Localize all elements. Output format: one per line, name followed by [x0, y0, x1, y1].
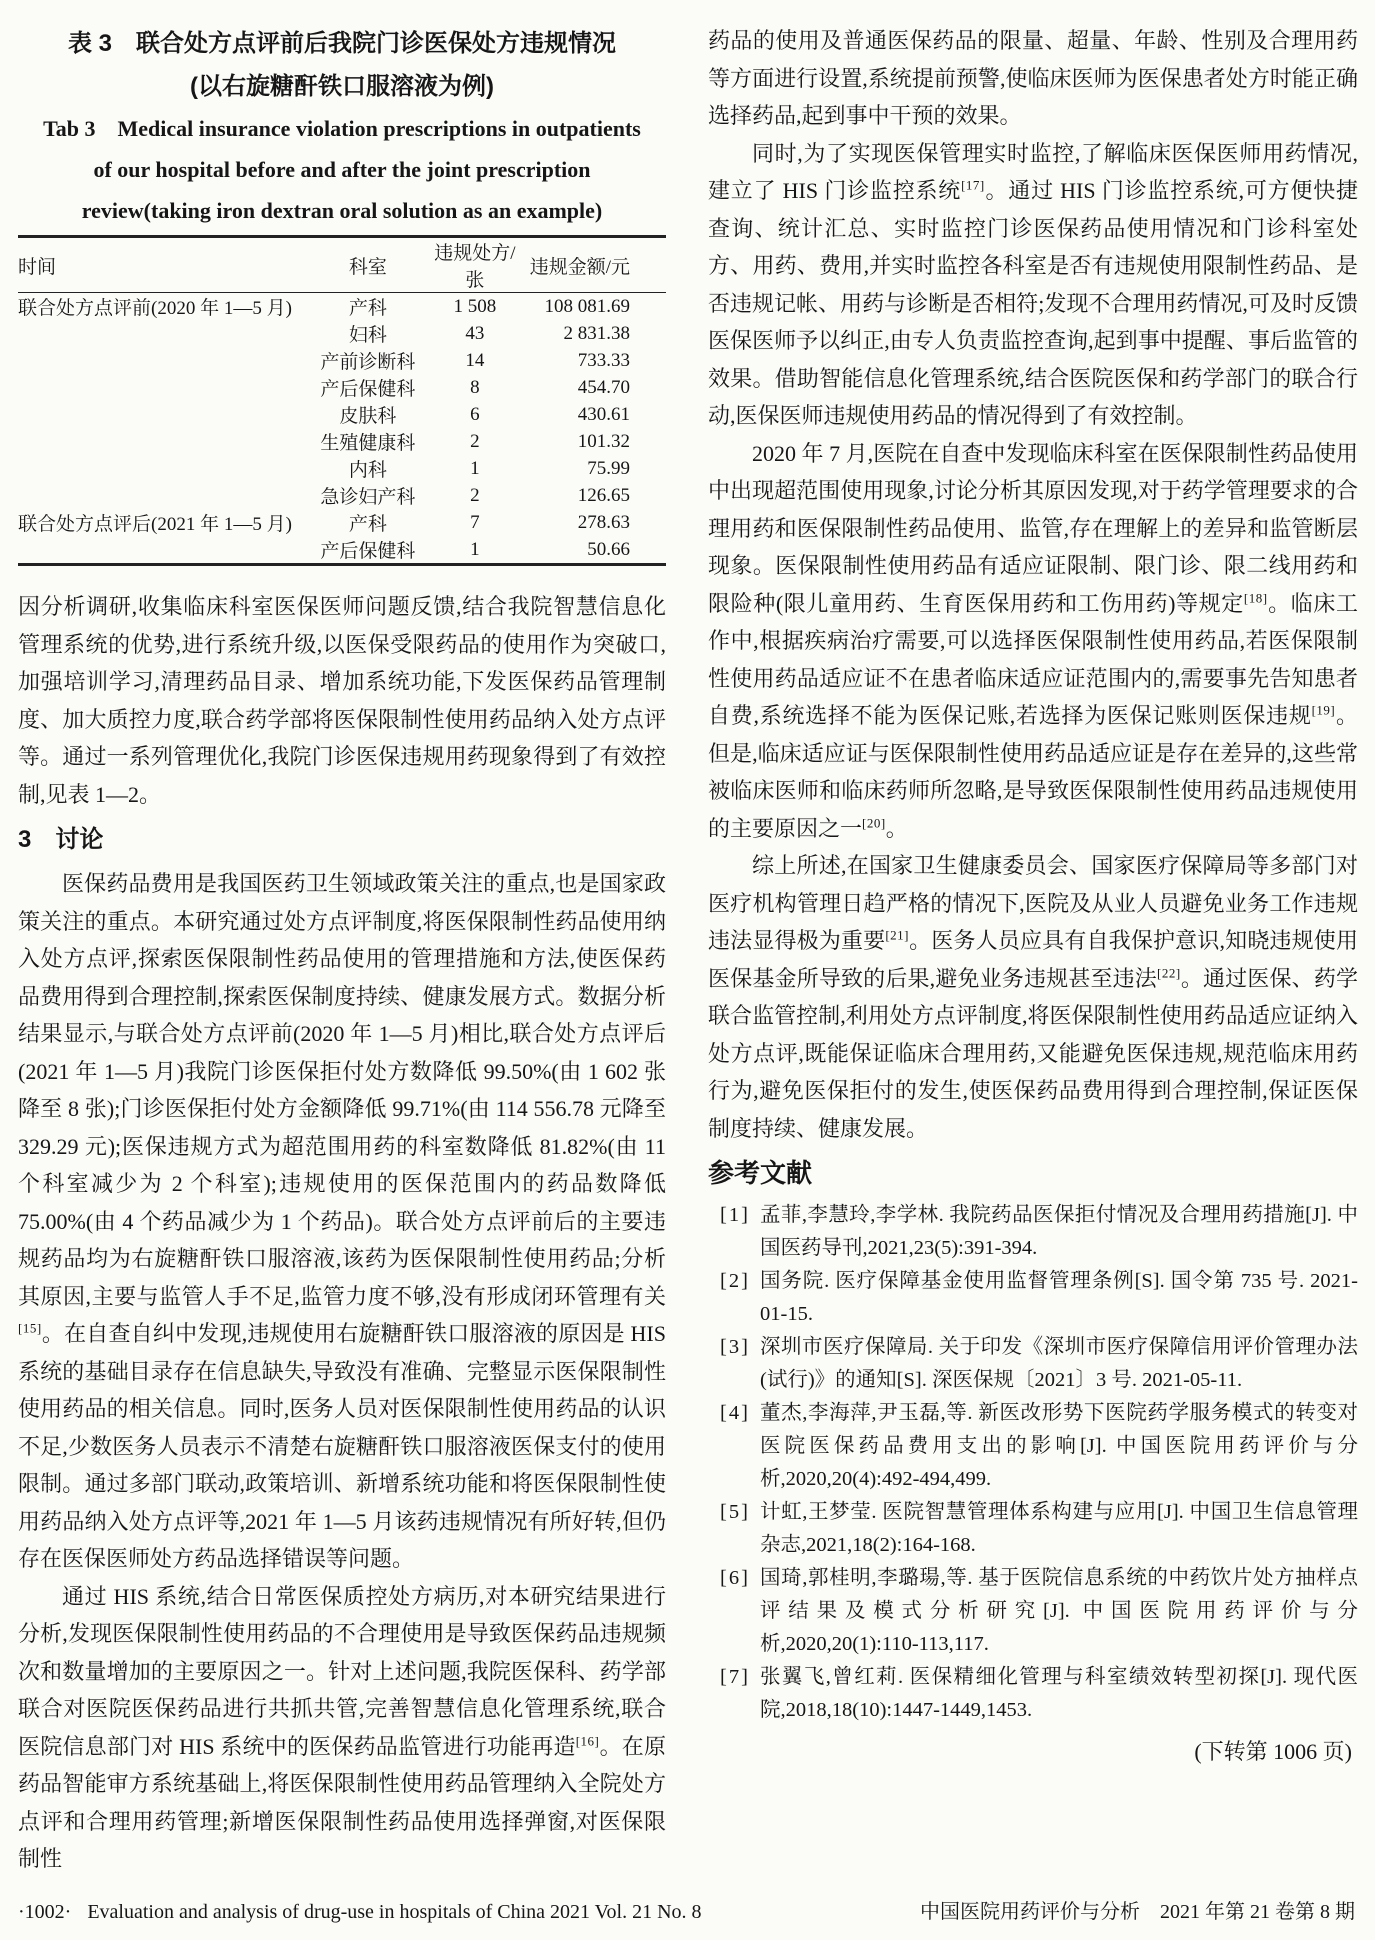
citation-marker: [19]: [1312, 703, 1336, 718]
table-header-row: 时间 科室 违规处方/张 违规金额/元: [18, 237, 666, 293]
reference-number: [3]: [708, 1331, 760, 1397]
table-cell: 278.63: [523, 509, 666, 536]
footer-left: ·1002· Evaluation and analysis of drug-u…: [18, 1900, 702, 1924]
table-cell: 产科: [310, 509, 427, 536]
reference-text: 国务院. 医疗保障基金使用监督管理条例[S]. 国令第 735 号. 2021-…: [760, 1265, 1358, 1331]
page-footer: ·1002· Evaluation and analysis of drug-u…: [18, 1900, 1355, 1924]
table-cell: 产后保健科: [310, 374, 427, 401]
table-cell: 联合处方点评前(2020 年 1—5 月): [18, 293, 310, 321]
references-heading: 参考文献: [708, 1153, 1358, 1193]
page-number: ·1002·: [18, 1900, 71, 1924]
table-cell: 430.61: [523, 401, 666, 428]
reference-text: 国琦,郭桂明,李璐瑒,等. 基于医院信息系统的中药饮片处方抽样点评结果及模式分析…: [760, 1562, 1358, 1661]
table-cell: 2: [426, 482, 523, 509]
table-cell: 急诊妇产科: [310, 482, 427, 509]
reference-text: 董杰,李海萍,尹玉磊,等. 新医改形势下医院药学服务模式的转变对医院医保药品费用…: [760, 1397, 1358, 1496]
reference-item: [1]孟菲,李慧玲,李学林. 我院药品医保拒付情况及合理用药措施[J]. 中国医…: [708, 1199, 1358, 1265]
caption-line: Tab 3 Medical insurance violation prescr…: [18, 108, 666, 149]
violation-table-body: 联合处方点评前(2020 年 1—5 月)产科1 508108 081.69妇科…: [18, 293, 666, 565]
table-row: 生殖健康科2101.32: [18, 428, 666, 455]
citation-marker: [16]: [576, 1733, 600, 1748]
table-cell: [18, 401, 310, 428]
table-cell: 50.66: [523, 536, 666, 565]
section-heading-discussion: 3 讨论: [18, 823, 666, 857]
table-cell: 733.33: [523, 347, 666, 374]
table-row: 内科175.99: [18, 455, 666, 482]
paragraph: 综上所述,在国家卫生健康委员会、国家医疗保障局等多部门对医疗机构管理日趋严格的情…: [708, 847, 1358, 1147]
table-cell: [18, 455, 310, 482]
table-cell: 2: [426, 428, 523, 455]
table-cell: 14: [426, 347, 523, 374]
table-cell: 生殖健康科: [310, 428, 427, 455]
reference-text: 深圳市医疗保障局. 关于印发《深圳市医疗保障信用评价管理办法(试行)》的通知[S…: [760, 1331, 1358, 1397]
table-cell: 126.65: [523, 482, 666, 509]
table-cell: 101.32: [523, 428, 666, 455]
journal-title-en: Evaluation and analysis of drug-use in h…: [87, 1900, 701, 1924]
reference-item: [7]张翼飞,曾红莉. 医保精细化管理与科室绩效转型初探[J]. 现代医院,20…: [708, 1661, 1358, 1727]
citation-marker: [20]: [862, 815, 886, 830]
caption-line: 表 3 联合处方点评前后我院门诊医保处方违规情况: [18, 22, 666, 65]
table-cell: 1 508: [426, 293, 523, 321]
reference-item: [6]国琦,郭桂明,李璐瑒,等. 基于医院信息系统的中药饮片处方抽样点评结果及模…: [708, 1562, 1358, 1661]
reference-item: [5]计虹,王梦莹. 医院智慧管理体系构建与应用[J]. 中国卫生信息管理杂志,…: [708, 1496, 1358, 1562]
table-cell: [18, 428, 310, 455]
reference-number: [2]: [708, 1265, 760, 1331]
table-cell: 1: [426, 455, 523, 482]
column-header-dept: 科室: [310, 237, 427, 293]
reference-item: [2]国务院. 医疗保障基金使用监督管理条例[S]. 国令第 735 号. 20…: [708, 1265, 1358, 1331]
table-row: 急诊妇产科2126.65: [18, 482, 666, 509]
paragraph: 2020 年 7 月,医院在自查中发现临床科室在医保限制性药品使用中出现超范围使…: [708, 435, 1358, 848]
table-caption-zh: 表 3 联合处方点评前后我院门诊医保处方违规情况(以右旋糖酐铁口服溶液为例): [18, 22, 666, 108]
caption-line: review(taking iron dextran oral solution…: [18, 190, 666, 231]
table-row: 联合处方点评前(2020 年 1—5 月)产科1 508108 081.69: [18, 293, 666, 321]
reference-list: [1]孟菲,李慧玲,李学林. 我院药品医保拒付情况及合理用药措施[J]. 中国医…: [708, 1199, 1358, 1727]
table-row: 联合处方点评后(2021 年 1—5 月)产科7278.63: [18, 509, 666, 536]
table-cell: 联合处方点评后(2021 年 1—5 月): [18, 509, 310, 536]
table-cell: 43: [426, 320, 523, 347]
citation-marker: [18]: [1244, 590, 1268, 605]
table-cell: [18, 347, 310, 374]
paragraph-continued: 因分析调研,收集临床科室医保医师问题反馈,结合我院智慧信息化管理系统的优势,进行…: [18, 588, 666, 813]
right-column: 药品的使用及普通医保药品的限量、超量、年龄、性别及合理用药等方面进行设置,系统提…: [708, 22, 1358, 1769]
reference-text: 计虹,王梦莹. 医院智慧管理体系构建与应用[J]. 中国卫生信息管理杂志,202…: [760, 1496, 1358, 1562]
table-cell: 产前诊断科: [310, 347, 427, 374]
paragraph: 药品的使用及普通医保药品的限量、超量、年龄、性别及合理用药等方面进行设置,系统提…: [708, 22, 1358, 135]
paragraph: 通过 HIS 系统,结合日常医保质控处方病历,对本研究结果进行分析,发现医保限制…: [18, 1578, 666, 1878]
table-cell: 7: [426, 509, 523, 536]
table-cell: 1: [426, 536, 523, 565]
table-cell: [18, 320, 310, 347]
table-row: 皮肤科6430.61: [18, 401, 666, 428]
caption-line: (以右旋糖酐铁口服溶液为例): [18, 65, 666, 108]
table-cell: 454.70: [523, 374, 666, 401]
reference-item: [4]董杰,李海萍,尹玉磊,等. 新医改形势下医院药学服务模式的转变对医院医保药…: [708, 1397, 1358, 1496]
citation-marker: [21]: [885, 928, 909, 943]
column-header-amount: 违规金额/元: [523, 237, 666, 293]
table-cell: 皮肤科: [310, 401, 427, 428]
discussion-paragraphs: 医保药品费用是我国医药卫生领域政策关注的重点,也是国家政策关注的重点。本研究通过…: [18, 865, 666, 1878]
reference-text: 张翼飞,曾红莉. 医保精细化管理与科室绩效转型初探[J]. 现代医院,2018,…: [760, 1661, 1358, 1727]
table-cell: 产科: [310, 293, 427, 321]
reference-number: [7]: [708, 1661, 760, 1727]
table-cell: 6: [426, 401, 523, 428]
table-cell: 内科: [310, 455, 427, 482]
reference-number: [1]: [708, 1199, 760, 1265]
paragraph: 医保药品费用是我国医药卫生领域政策关注的重点,也是国家政策关注的重点。本研究通过…: [18, 865, 666, 1578]
paragraph: 同时,为了实现医保管理实时监控,了解临床医保医师用药情况,建立了 HIS 门诊监…: [708, 135, 1358, 435]
violation-table: 时间 科室 违规处方/张 违规金额/元 联合处方点评前(2020 年 1—5 月…: [18, 235, 666, 566]
table-row: 产后保健科150.66: [18, 536, 666, 565]
table-cell: 8: [426, 374, 523, 401]
right-paragraphs: 药品的使用及普通医保药品的限量、超量、年龄、性别及合理用药等方面进行设置,系统提…: [708, 22, 1358, 1147]
journal-title-zh: 中国医院用药评价与分析 2021 年第 21 卷第 8 期: [920, 1900, 1355, 1924]
caption-line: of our hospital before and after the joi…: [18, 149, 666, 190]
table-cell: [18, 482, 310, 509]
table-block: 表 3 联合处方点评前后我院门诊医保处方违规情况(以右旋糖酐铁口服溶液为例) T…: [18, 22, 666, 566]
citation-marker: [22]: [1157, 965, 1181, 980]
table-row: 产后保健科8454.70: [18, 374, 666, 401]
reference-text: 孟菲,李慧玲,李学林. 我院药品医保拒付情况及合理用药措施[J]. 中国医药导刊…: [760, 1199, 1358, 1265]
table-cell: 75.99: [523, 455, 666, 482]
left-column: 表 3 联合处方点评前后我院门诊医保处方违规情况(以右旋糖酐铁口服溶液为例) T…: [18, 22, 666, 1878]
reference-number: [6]: [708, 1562, 760, 1661]
column-header-time: 时间: [18, 237, 310, 293]
citation-marker: [17]: [961, 178, 985, 193]
table-cell: 妇科: [310, 320, 427, 347]
reference-number: [5]: [708, 1496, 760, 1562]
column-header-count: 违规处方/张: [426, 237, 523, 293]
reference-number: [4]: [708, 1397, 760, 1496]
table-cell: [18, 536, 310, 565]
table-cell: 2 831.38: [523, 320, 666, 347]
violation-table-header: 时间 科室 违规处方/张 违规金额/元: [18, 237, 666, 293]
table-cell: [18, 374, 310, 401]
continuation-note: (下转第 1006 页): [708, 1735, 1358, 1769]
table-row: 产前诊断科14733.33: [18, 347, 666, 374]
table-caption-en: Tab 3 Medical insurance violation prescr…: [18, 108, 666, 231]
table-cell: 108 081.69: [523, 293, 666, 321]
citation-marker: [15]: [18, 1321, 42, 1336]
table-row: 妇科432 831.38: [18, 320, 666, 347]
reference-item: [3]深圳市医疗保障局. 关于印发《深圳市医疗保障信用评价管理办法(试行)》的通…: [708, 1331, 1358, 1397]
table-cell: 产后保健科: [310, 536, 427, 565]
